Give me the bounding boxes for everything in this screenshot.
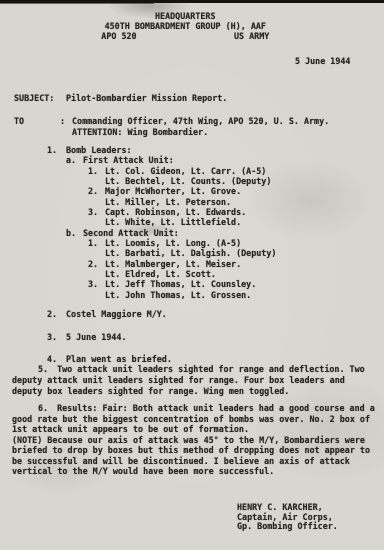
entry-number: 2. xyxy=(88,186,105,196)
entry-text: Capt. Robinson, Lt. Edwards. xyxy=(105,207,246,217)
item-2-number: 2. xyxy=(47,303,66,326)
signature-block: HENRY C. KARCHER, Captain, Air Corps, Gp… xyxy=(237,503,338,532)
entry-text: Lt. Miller, Lt. Peterson. xyxy=(105,197,231,207)
entry-text: Lt. Bechtel, Lt. Counts. (Deputy) xyxy=(105,176,271,186)
item-1-heading: 1. Bomb Leaders: xyxy=(0,145,384,155)
entry-number: 1. xyxy=(88,166,105,176)
entry-number xyxy=(88,248,105,258)
crew-entry: Lt. Miller, Lt. Peterson. xyxy=(0,197,384,207)
entry-number xyxy=(88,290,105,300)
unit-a-title: First Attack Unit: xyxy=(83,155,174,165)
crew-entry: Lt. White, Lt. Littlefield. xyxy=(0,217,384,227)
unit-a-letter: a. xyxy=(66,155,83,165)
bomb-leaders-list: 1. Bomb Leaders: a. First Attack Unit: 1… xyxy=(0,145,384,300)
entry-text: Major McWhorter, Lt. Grove. xyxy=(105,186,241,196)
crew-entry: Lt. Barbati, Lt. Dalgish. (Deputy) xyxy=(0,248,384,258)
unit-b-heading: b. Second Attack Unit: xyxy=(0,228,384,238)
entry-text: Lt. Barbati, Lt. Dalgish. (Deputy) xyxy=(105,248,276,258)
paragraph-6-note: (NOTE) Because our axis of attack was 45… xyxy=(12,435,375,477)
entry-text: Lt. John Thomas, Lt. Grossen. xyxy=(105,290,251,300)
paragraph-5-number: 5. xyxy=(38,364,48,374)
crew-entry: 3. Lt. Jeff Thomas, Lt. Counsley. xyxy=(0,279,384,289)
to-label: TO xyxy=(14,116,60,127)
letterhead: HEADQUARTERS 450TH BOMBARDMENT GROUP (H)… xyxy=(101,12,269,41)
entry-number xyxy=(88,197,105,207)
crew-entry: 1. Lt. Loomis, Lt. Long. (A-5) xyxy=(0,238,384,248)
subject-label: SUBJECT: xyxy=(14,93,66,103)
entry-number: 1. xyxy=(88,238,105,248)
to-line-1: Commanding Officer, 47th Wing, APO 520, … xyxy=(72,116,329,127)
entry-number: 2. xyxy=(88,259,105,269)
scan-edge-artifact-2 xyxy=(0,3,154,4)
entry-number xyxy=(88,217,105,227)
entry-number xyxy=(88,269,105,279)
entry-text: Lt. Col. Gideon, Lt. Carr. (A-5) xyxy=(105,166,266,176)
item-3-number: 3. xyxy=(47,326,66,349)
entry-text: Lt. Malmberger, Lt. Meiser. xyxy=(105,259,241,269)
item-3: 3. 5 June 1944. xyxy=(47,326,172,349)
crew-entry: 2. Lt. Malmberger, Lt. Meiser. xyxy=(0,259,384,269)
to-attention-line: ATTENTION: Wing Bombardier. xyxy=(14,127,329,138)
crew-entry: Lt. Bechtel, Lt. Counts. (Deputy) xyxy=(0,176,384,186)
unit-a-heading: a. First Attack Unit: xyxy=(0,155,384,165)
item-2: 2. Costel Maggiore M/Y. xyxy=(47,303,172,326)
entry-text: Lt. Eldred, Lt. Scott. xyxy=(105,269,216,279)
item-3-text: 5 June 1944. xyxy=(66,326,127,349)
entry-text: Lt. White, Lt. Littlefield. xyxy=(105,217,241,227)
document-page: HEADQUARTERS 450TH BOMBARDMENT GROUP (H)… xyxy=(0,0,384,550)
entry-text: Lt. Loomis, Lt. Long. (A-5) xyxy=(105,238,241,248)
letterhead-apo: APO 520 xyxy=(101,32,136,42)
entry-number xyxy=(88,176,105,186)
unit-b-letter: b. xyxy=(66,228,83,238)
crew-entry: Lt. Eldred, Lt. Scott. xyxy=(0,269,384,279)
unit-b-title: Second Attack Unit: xyxy=(83,228,179,238)
paragraph-5-text: Two attack unit leaders sighted for rang… xyxy=(12,364,365,396)
crew-entry: Lt. John Thomas, Lt. Grossen. xyxy=(0,290,384,300)
crew-entry: 1. Lt. Col. Gideon, Lt. Carr. (A-5) xyxy=(0,166,384,176)
crew-entry: 2. Major McWhorter, Lt. Grove. xyxy=(0,186,384,196)
document-date: 5 June 1944 xyxy=(295,56,350,66)
paragraph-6-body: 6.Results: Fair: Both attack unit leader… xyxy=(12,403,375,435)
subject-text: Pilot-Bombardier Mission Report. xyxy=(66,93,227,103)
to-colon: : xyxy=(60,116,72,127)
letterhead-army: US ARMY xyxy=(234,32,269,42)
signature-title: Gp. Bombing Officer. xyxy=(237,522,338,532)
paragraph-6: 6.Results: Fair: Both attack unit leader… xyxy=(12,403,375,477)
item-1-number: 1. xyxy=(47,145,66,155)
paragraph-5: 5.Two attack unit leaders sighted for ra… xyxy=(12,364,375,396)
entry-number: 3. xyxy=(88,207,105,217)
numbered-items: 2. Costel Maggiore M/Y. 3. 5 June 1944. … xyxy=(47,303,172,371)
letterhead-line-2: 450TH BOMBARDMENT GROUP (H), AAF xyxy=(101,22,269,32)
paragraph-6-text: Results: Fair: Both attack unit leaders … xyxy=(12,403,375,434)
entry-text: Lt. Jeff Thomas, Lt. Counsley. xyxy=(105,279,256,289)
subject-line: SUBJECT: Pilot-Bombardier Mission Report… xyxy=(14,93,227,103)
item-2-text: Costel Maggiore M/Y. xyxy=(66,303,167,326)
item-1-title: Bomb Leaders: xyxy=(66,145,132,155)
entry-number: 3. xyxy=(88,279,105,289)
crew-entry: 3. Capt. Robinson, Lt. Edwards. xyxy=(0,207,384,217)
paragraph-6-number: 6. xyxy=(38,403,48,413)
addressee-block: TO : Commanding Officer, 47th Wing, APO … xyxy=(14,116,329,137)
